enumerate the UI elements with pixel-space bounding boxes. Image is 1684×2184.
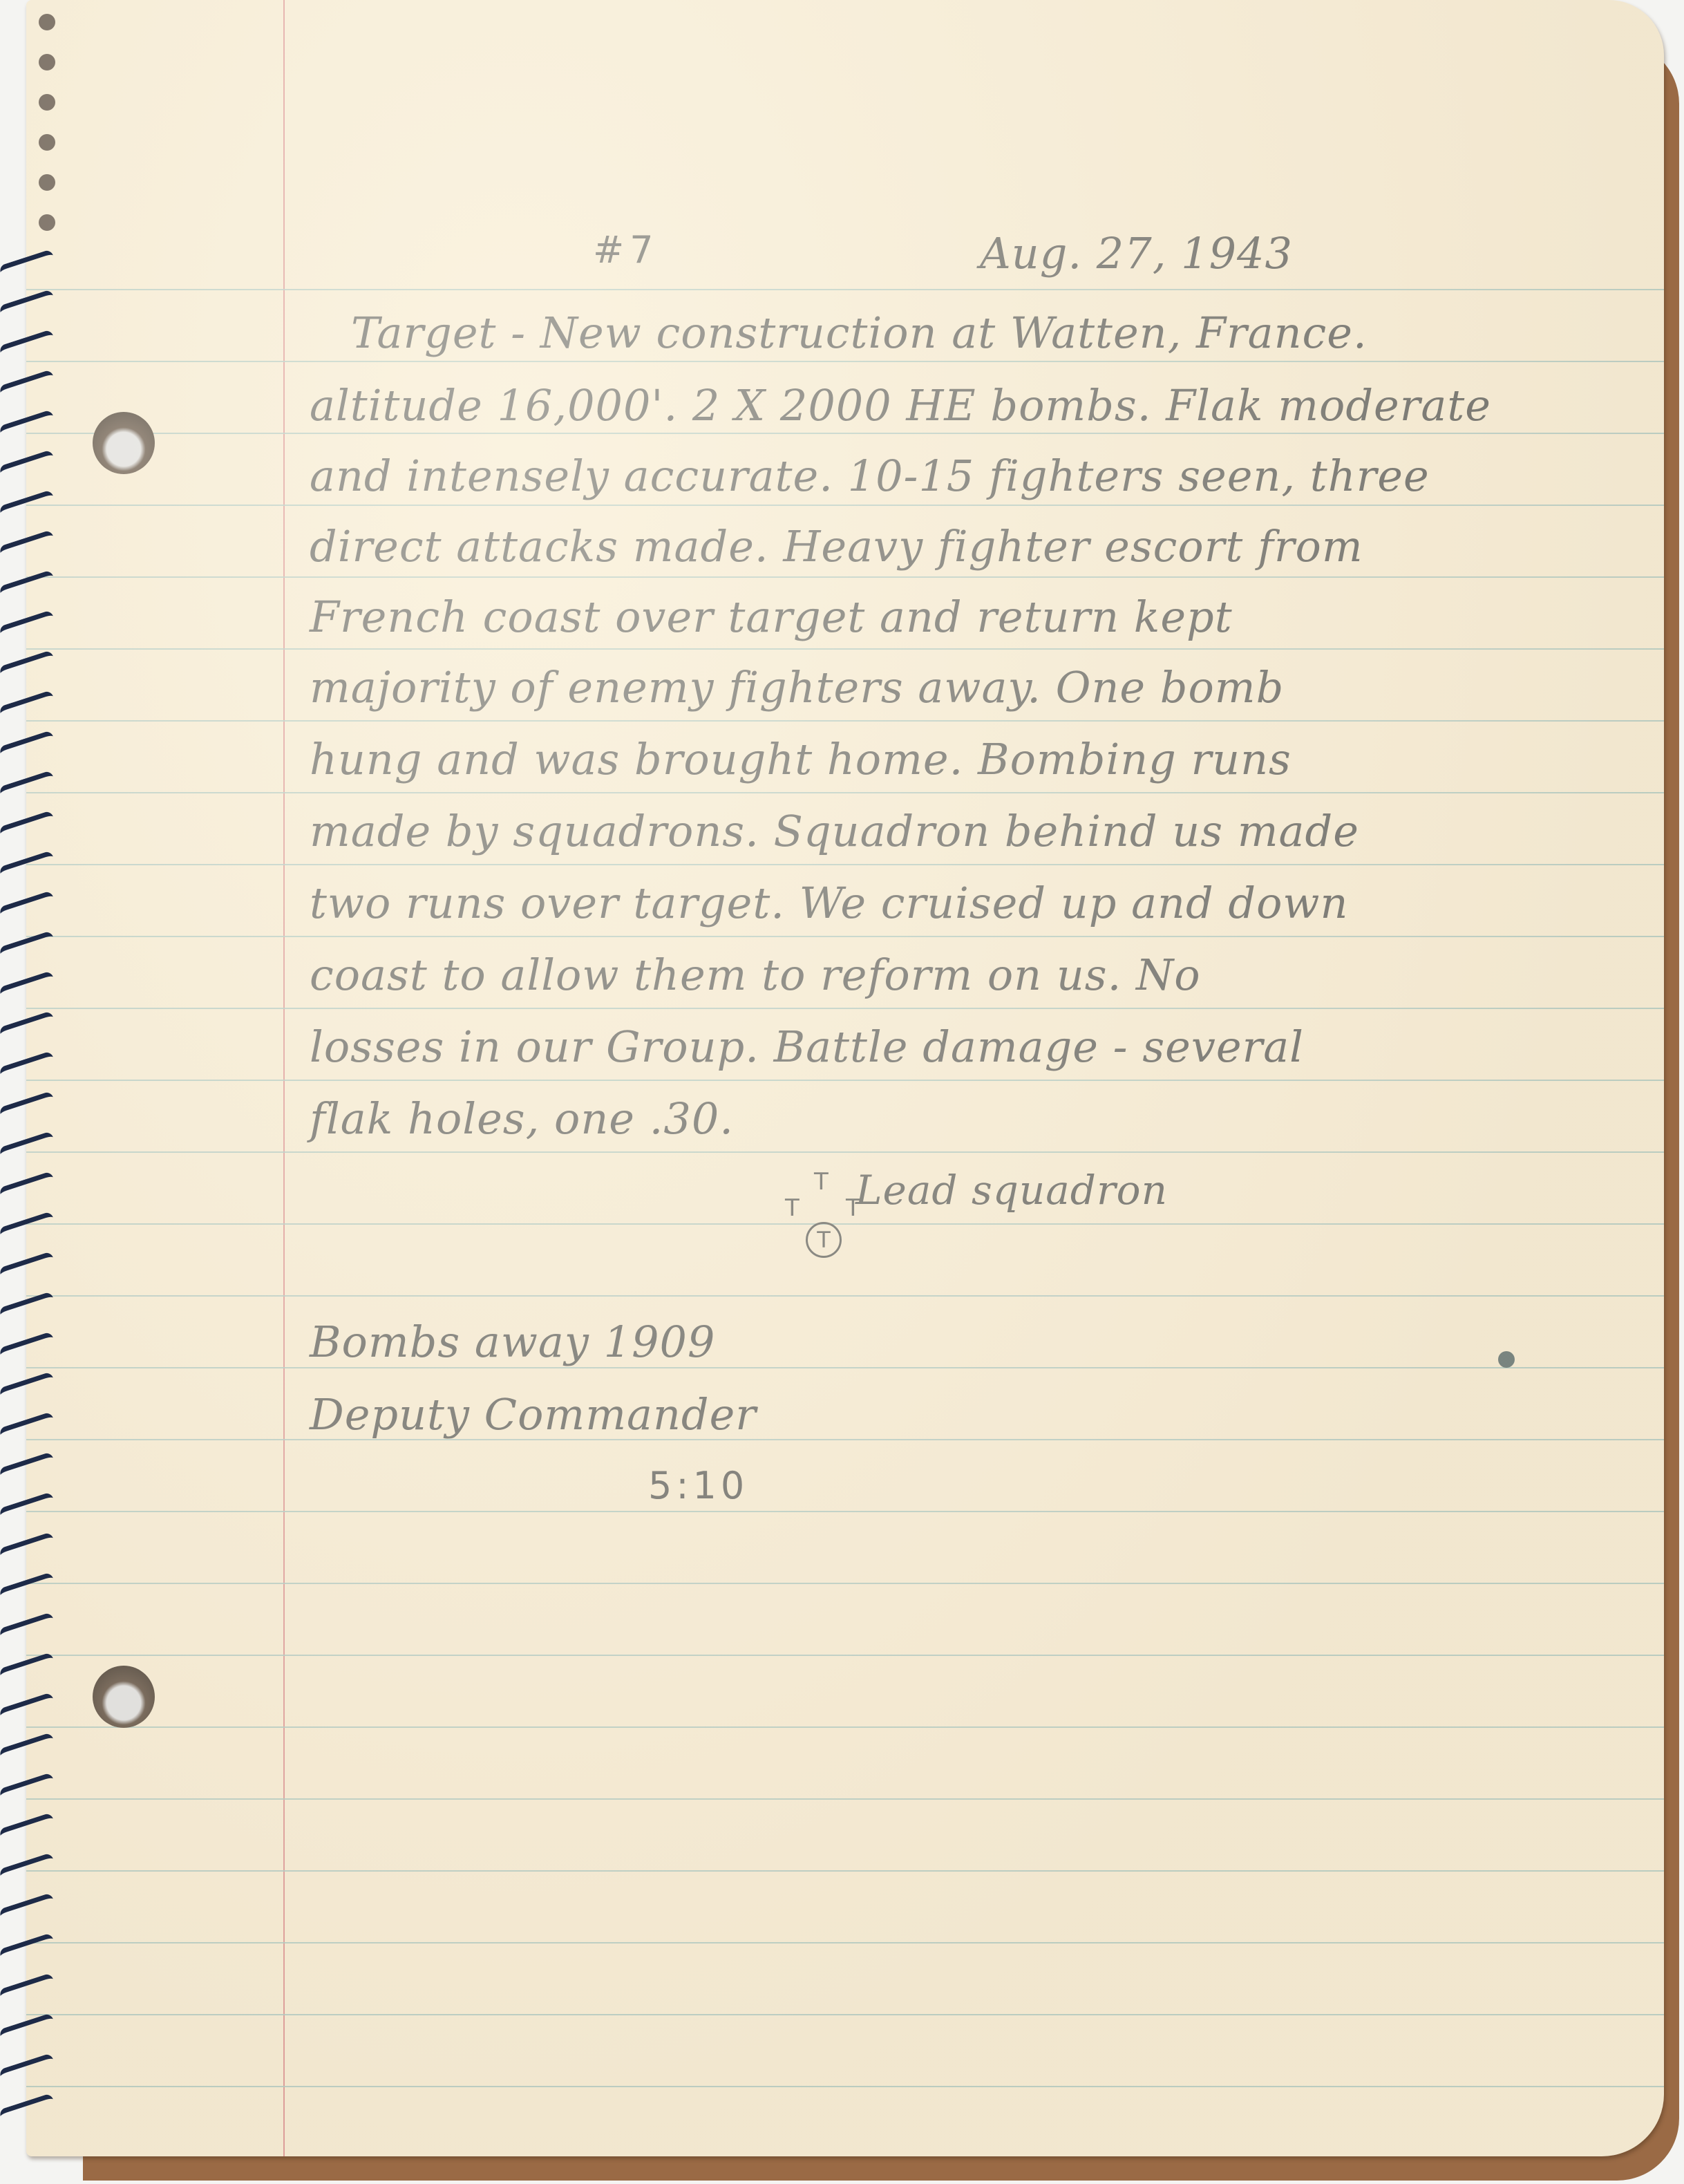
body-line-3: and intensely accurate. 10-15 fighters s… [310,451,1430,501]
ruled-line [26,361,1664,362]
body-line-7: hung and was brought home. Bombing runs [310,734,1292,784]
ruled-line [26,433,1664,434]
body-line-5: French coast over target and return kept [310,592,1233,642]
ruled-line [26,2014,1664,2015]
body-line-1: Target - New construction at Watten, Fra… [351,308,1368,358]
perforation-hole [39,14,55,30]
wing-mark-top: T [814,1168,829,1196]
body-line-10: coast to allow them to reform on us. No [310,950,1201,1000]
body-line-8: made by squadrons. Squadron behind us ma… [310,806,1359,856]
ruled-line [26,1151,1664,1153]
ruled-line [26,1798,1664,1800]
red-margin-line [283,0,285,2156]
body-line-6: majority of enemy fighters away. One bom… [310,662,1284,713]
bombs-away-note: Bombs away 1909 [310,1317,715,1367]
ruled-line [26,1295,1664,1297]
ruled-line [26,720,1664,722]
ruled-line [26,1367,1664,1368]
entry-number: #7 [593,228,659,272]
body-line-11: losses in our Group. Battle damage - sev… [310,1022,1304,1072]
ruled-line [26,1942,1664,1943]
body-line-9: two runs over target. We cruised up and … [310,878,1348,928]
ruled-line [26,576,1664,578]
ruled-line [26,1008,1664,1009]
ruled-line [26,936,1664,937]
flight-duration: 5:10 [648,1464,748,1507]
ruled-line [26,648,1664,650]
ruled-line [26,1726,1664,1728]
ruled-line [26,1583,1664,1584]
ruled-line [26,1870,1664,1872]
perforation-hole [39,94,55,111]
binder-hole-top [93,412,155,474]
entry-date: Aug. 27, 1943 [980,228,1293,279]
ruled-line [26,1080,1664,1081]
perforation-hole [39,174,55,191]
formation-label: Lead squadron [855,1167,1168,1214]
notebook-page: #7 Aug. 27, 1943 Target - New constructi… [26,0,1664,2156]
ink-blot [1498,1351,1515,1368]
ruled-line [26,1439,1664,1440]
ruled-line [26,505,1664,506]
role-note: Deputy Commander [310,1389,757,1440]
body-line-12: flak holes, one .30. [310,1093,734,1144]
wing-mark-left: T [785,1194,800,1222]
ruled-line [26,289,1664,290]
body-line-2: altitude 16,000'. 2 X 2000 HE bombs. Fla… [310,380,1491,431]
lead-aircraft-circle: T [806,1222,842,1258]
perforation-hole [39,134,55,151]
binder-hole-bottom [93,1666,155,1728]
ruled-line [26,1655,1664,1656]
perforation-hole [39,54,55,70]
ruled-line [26,1511,1664,1512]
ruled-line [26,2086,1664,2087]
body-line-4: direct attacks made. Heavy fighter escor… [310,521,1363,572]
ruled-line [26,792,1664,793]
perforation-hole [39,214,55,231]
ruled-line [26,864,1664,865]
